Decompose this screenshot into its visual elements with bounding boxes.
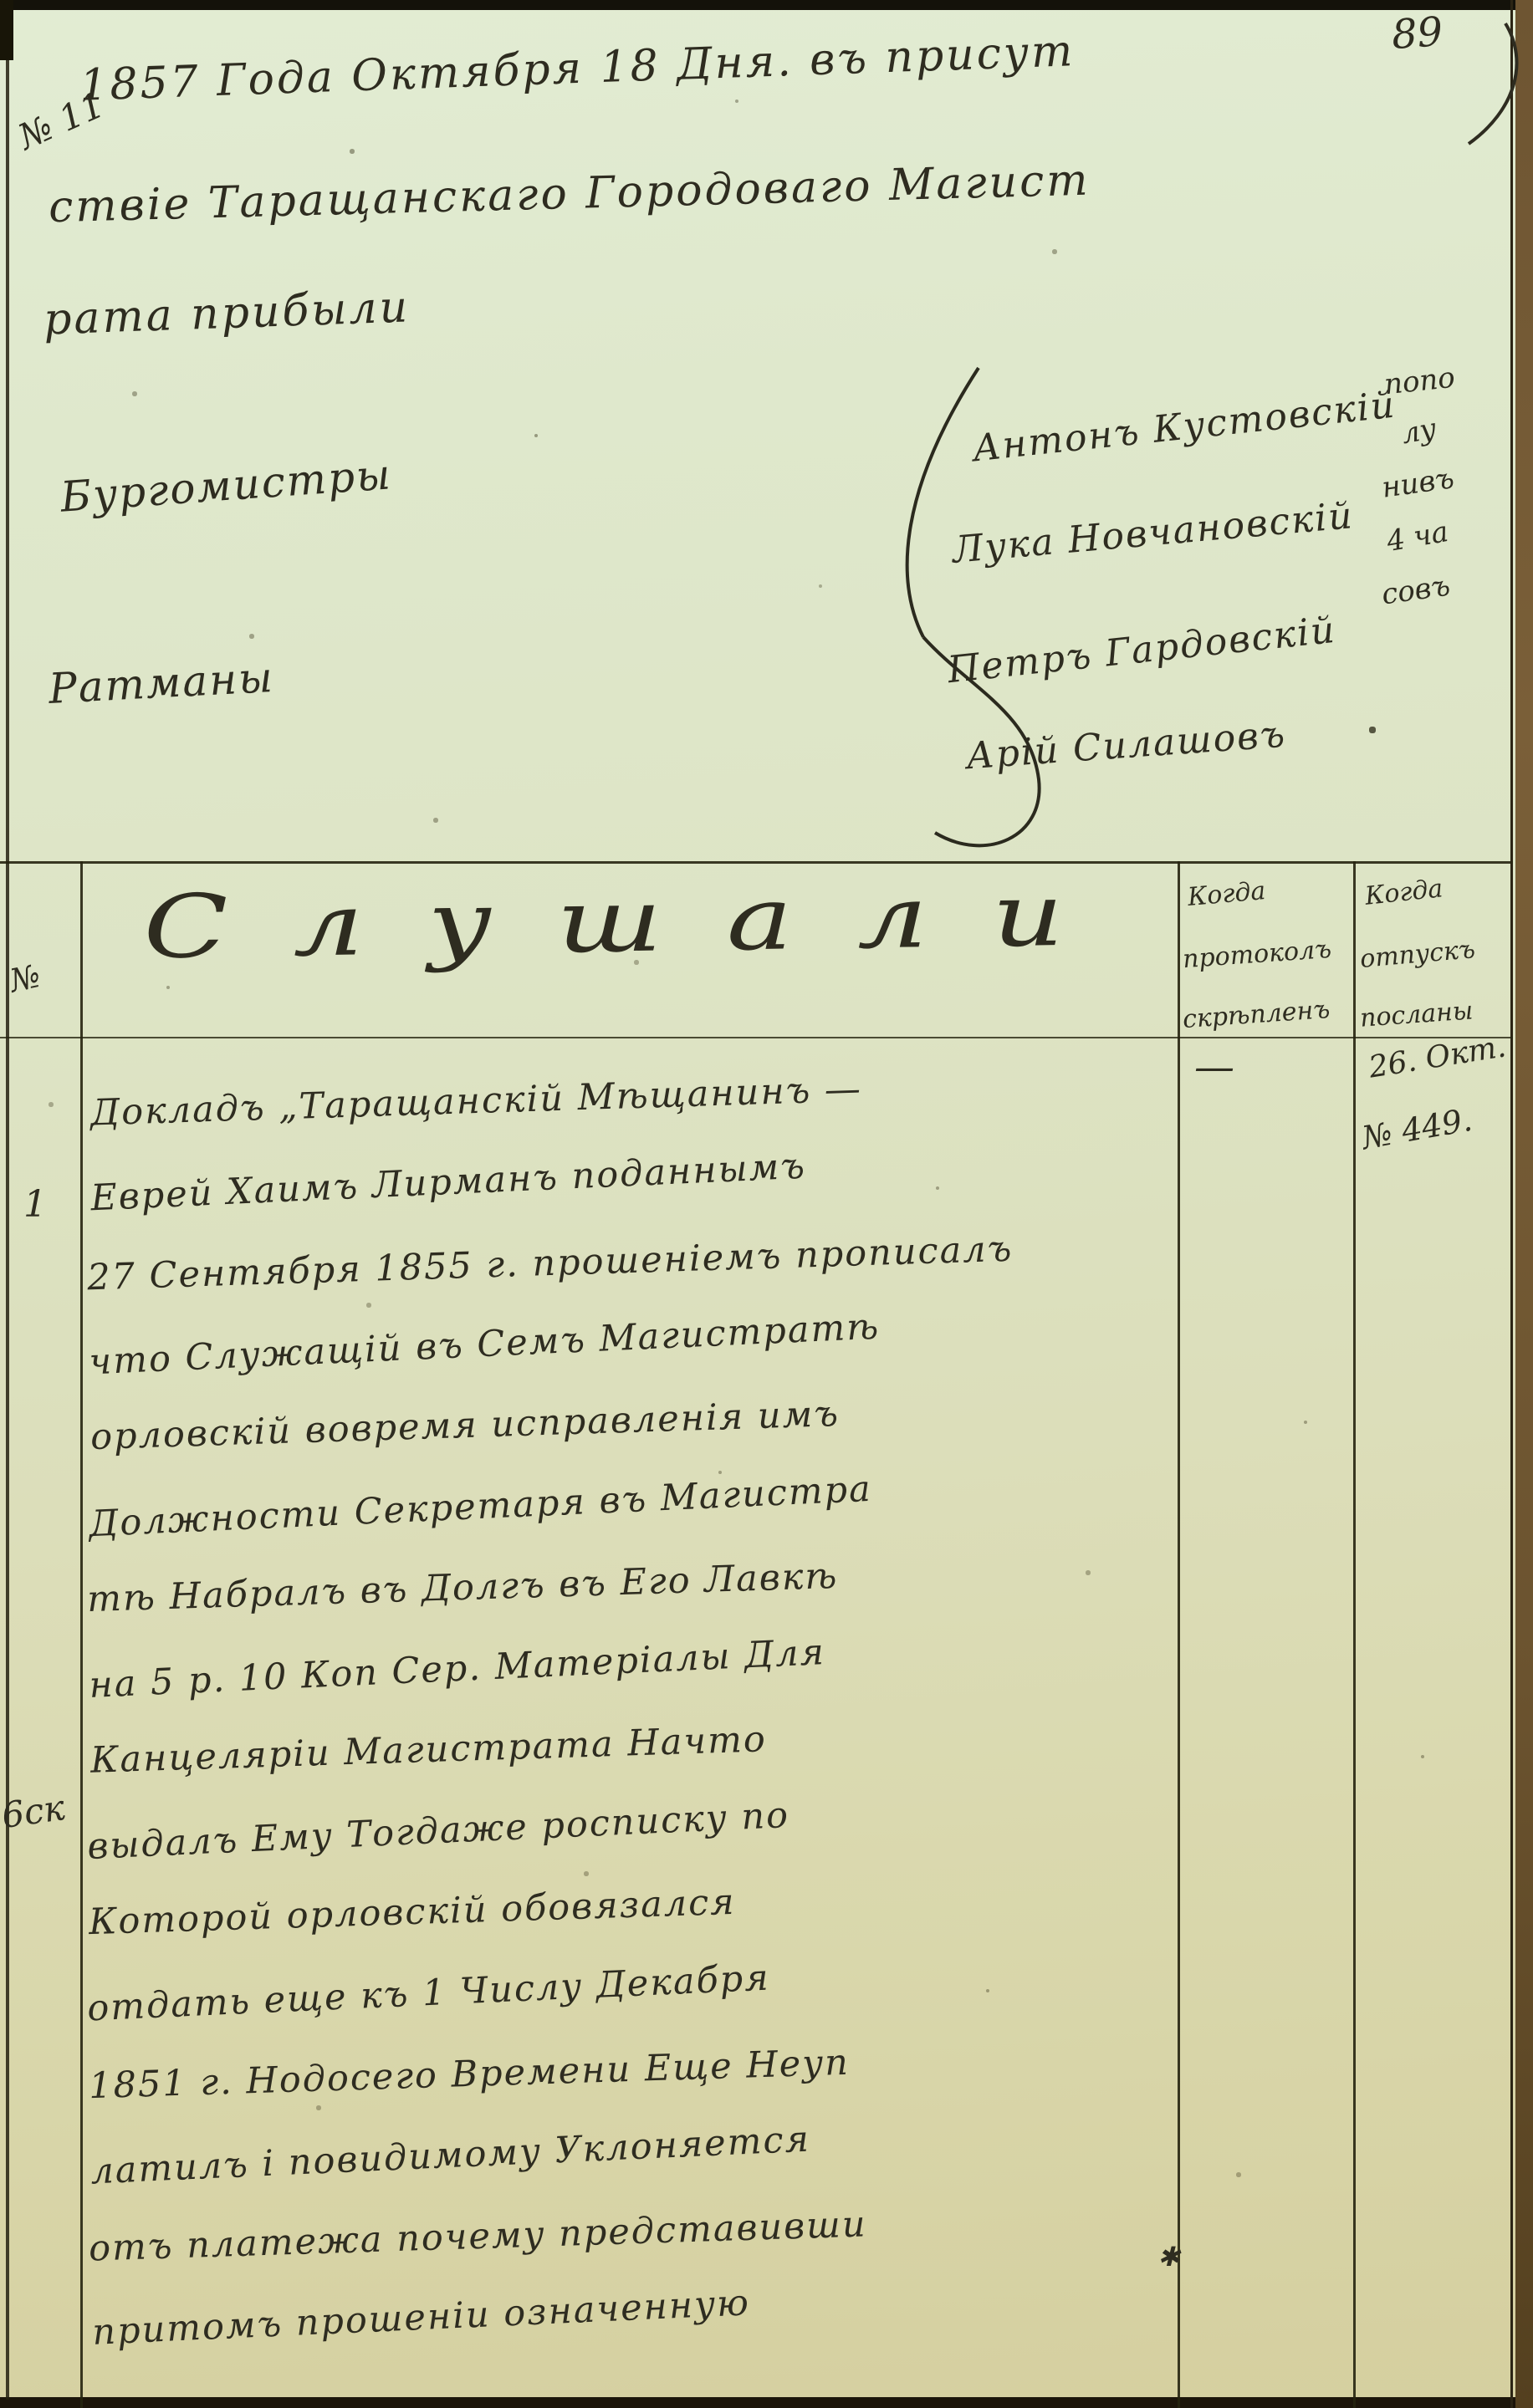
row-number: 1: [23, 1183, 47, 1226]
body-line: что Служащій въ Семъ Магистратѣ: [88, 1306, 881, 1384]
col2-header-line: протоколъ: [1182, 935, 1332, 974]
footnote-mark: ✱: [1157, 2241, 1180, 2273]
body-line: на 5 р. 10 Коп Сер. Матеріалы Для: [88, 1631, 826, 1707]
body-line: тѣ Набралъ въ Долгъ въ Его Лавкѣ: [86, 1555, 839, 1620]
body-line: Докладъ „Таращанскій Мѣщанинъ —: [89, 1069, 862, 1135]
body-line: выдалъ Ему Тогдаже росписку по: [86, 1794, 790, 1868]
quire-mark: 6ск: [0, 1787, 67, 1836]
margin-note-line: 4 ча: [1384, 515, 1451, 559]
col2-header-line: скрѣпленъ: [1182, 995, 1331, 1034]
body-line: Канцеляріи Магистрата Начто: [89, 1718, 767, 1781]
body-line: притомъ прошеніи означенную: [91, 2282, 751, 2354]
number-column-header: №: [7, 957, 43, 1000]
table-number-column-rule: [80, 861, 83, 2408]
official-name: Лука Новчановскій: [951, 494, 1356, 572]
official-name: Петръ Гардовскій: [946, 609, 1338, 691]
corner-blot: [0, 0, 13, 60]
table-main-header-slushali: Слушали: [142, 863, 1129, 978]
body-line: орловскій вовремя исправленія имъ: [89, 1393, 840, 1458]
heading-line: 1857 Года Октября 18 Дня. въ присут: [79, 26, 1076, 111]
brace-curve-upper: [907, 368, 979, 637]
heading-line: ствіе Таращанскаго Городоваго Магист: [48, 156, 1091, 233]
paper-speckles: [0, 0, 2, 2]
table-header-rule: [0, 1037, 1513, 1038]
margin-note-line: совъ: [1380, 569, 1453, 611]
scanned-document-page: № 11 89 1857 Года Октября 18 Дня. въ при…: [0, 0, 1533, 2408]
official-name: Антонъ Кустовскій: [971, 384, 1398, 471]
body-line: 27 Сентября 1855 г. прошеніемъ прописалъ: [86, 1228, 1013, 1299]
official-role-burgomistry: Бургомистры: [59, 450, 393, 522]
col3-header-line: Когда: [1363, 874, 1444, 911]
heading-line: рата прибыли: [43, 282, 411, 344]
page-border-right: [1510, 0, 1513, 2408]
margin-note-line: попо: [1382, 361, 1456, 402]
official-role-ratmany: Ратманы: [48, 653, 275, 713]
body-line: отдать еще къ 1 Числу Декабря: [86, 1956, 770, 2029]
table-col3-rule: [1353, 861, 1356, 2408]
page-number: 89: [1390, 8, 1444, 59]
col3-header-line: посланы: [1359, 996, 1474, 1033]
margin-note-line: нивъ: [1380, 462, 1456, 505]
body-line: латилъ і повидимому Уклоняется: [89, 2118, 811, 2192]
table-col2-rule: [1178, 861, 1180, 2408]
body-line: Должности Секретаря въ Магистра: [88, 1468, 872, 1545]
body-line: 1851 г. Нодосего Времени Еще Неуп: [88, 2042, 850, 2108]
col2-header-line: Когда: [1187, 876, 1267, 912]
table-top-rule: [0, 861, 1513, 864]
scan-edge-top: [0, 0, 1533, 10]
margin-note-line: лу: [1399, 412, 1439, 451]
col2-dash: —: [1194, 1043, 1234, 1090]
body-line: отъ платежа почему представивши: [88, 2203, 867, 2269]
page-edge-shadow: [1515, 0, 1533, 2408]
page-border-left: [6, 8, 9, 2400]
col3-number: № 449.: [1359, 1101, 1474, 1156]
official-name: Арій Силашовъ: [965, 713, 1288, 778]
body-line: Еврей Хаимъ Лирманъ поданнымъ: [89, 1145, 807, 1220]
body-line: Которой орловскій обовязался: [88, 1881, 736, 1943]
scan-edge-bottom: [0, 2397, 1533, 2408]
col3-header-line: отпускъ: [1359, 935, 1476, 974]
